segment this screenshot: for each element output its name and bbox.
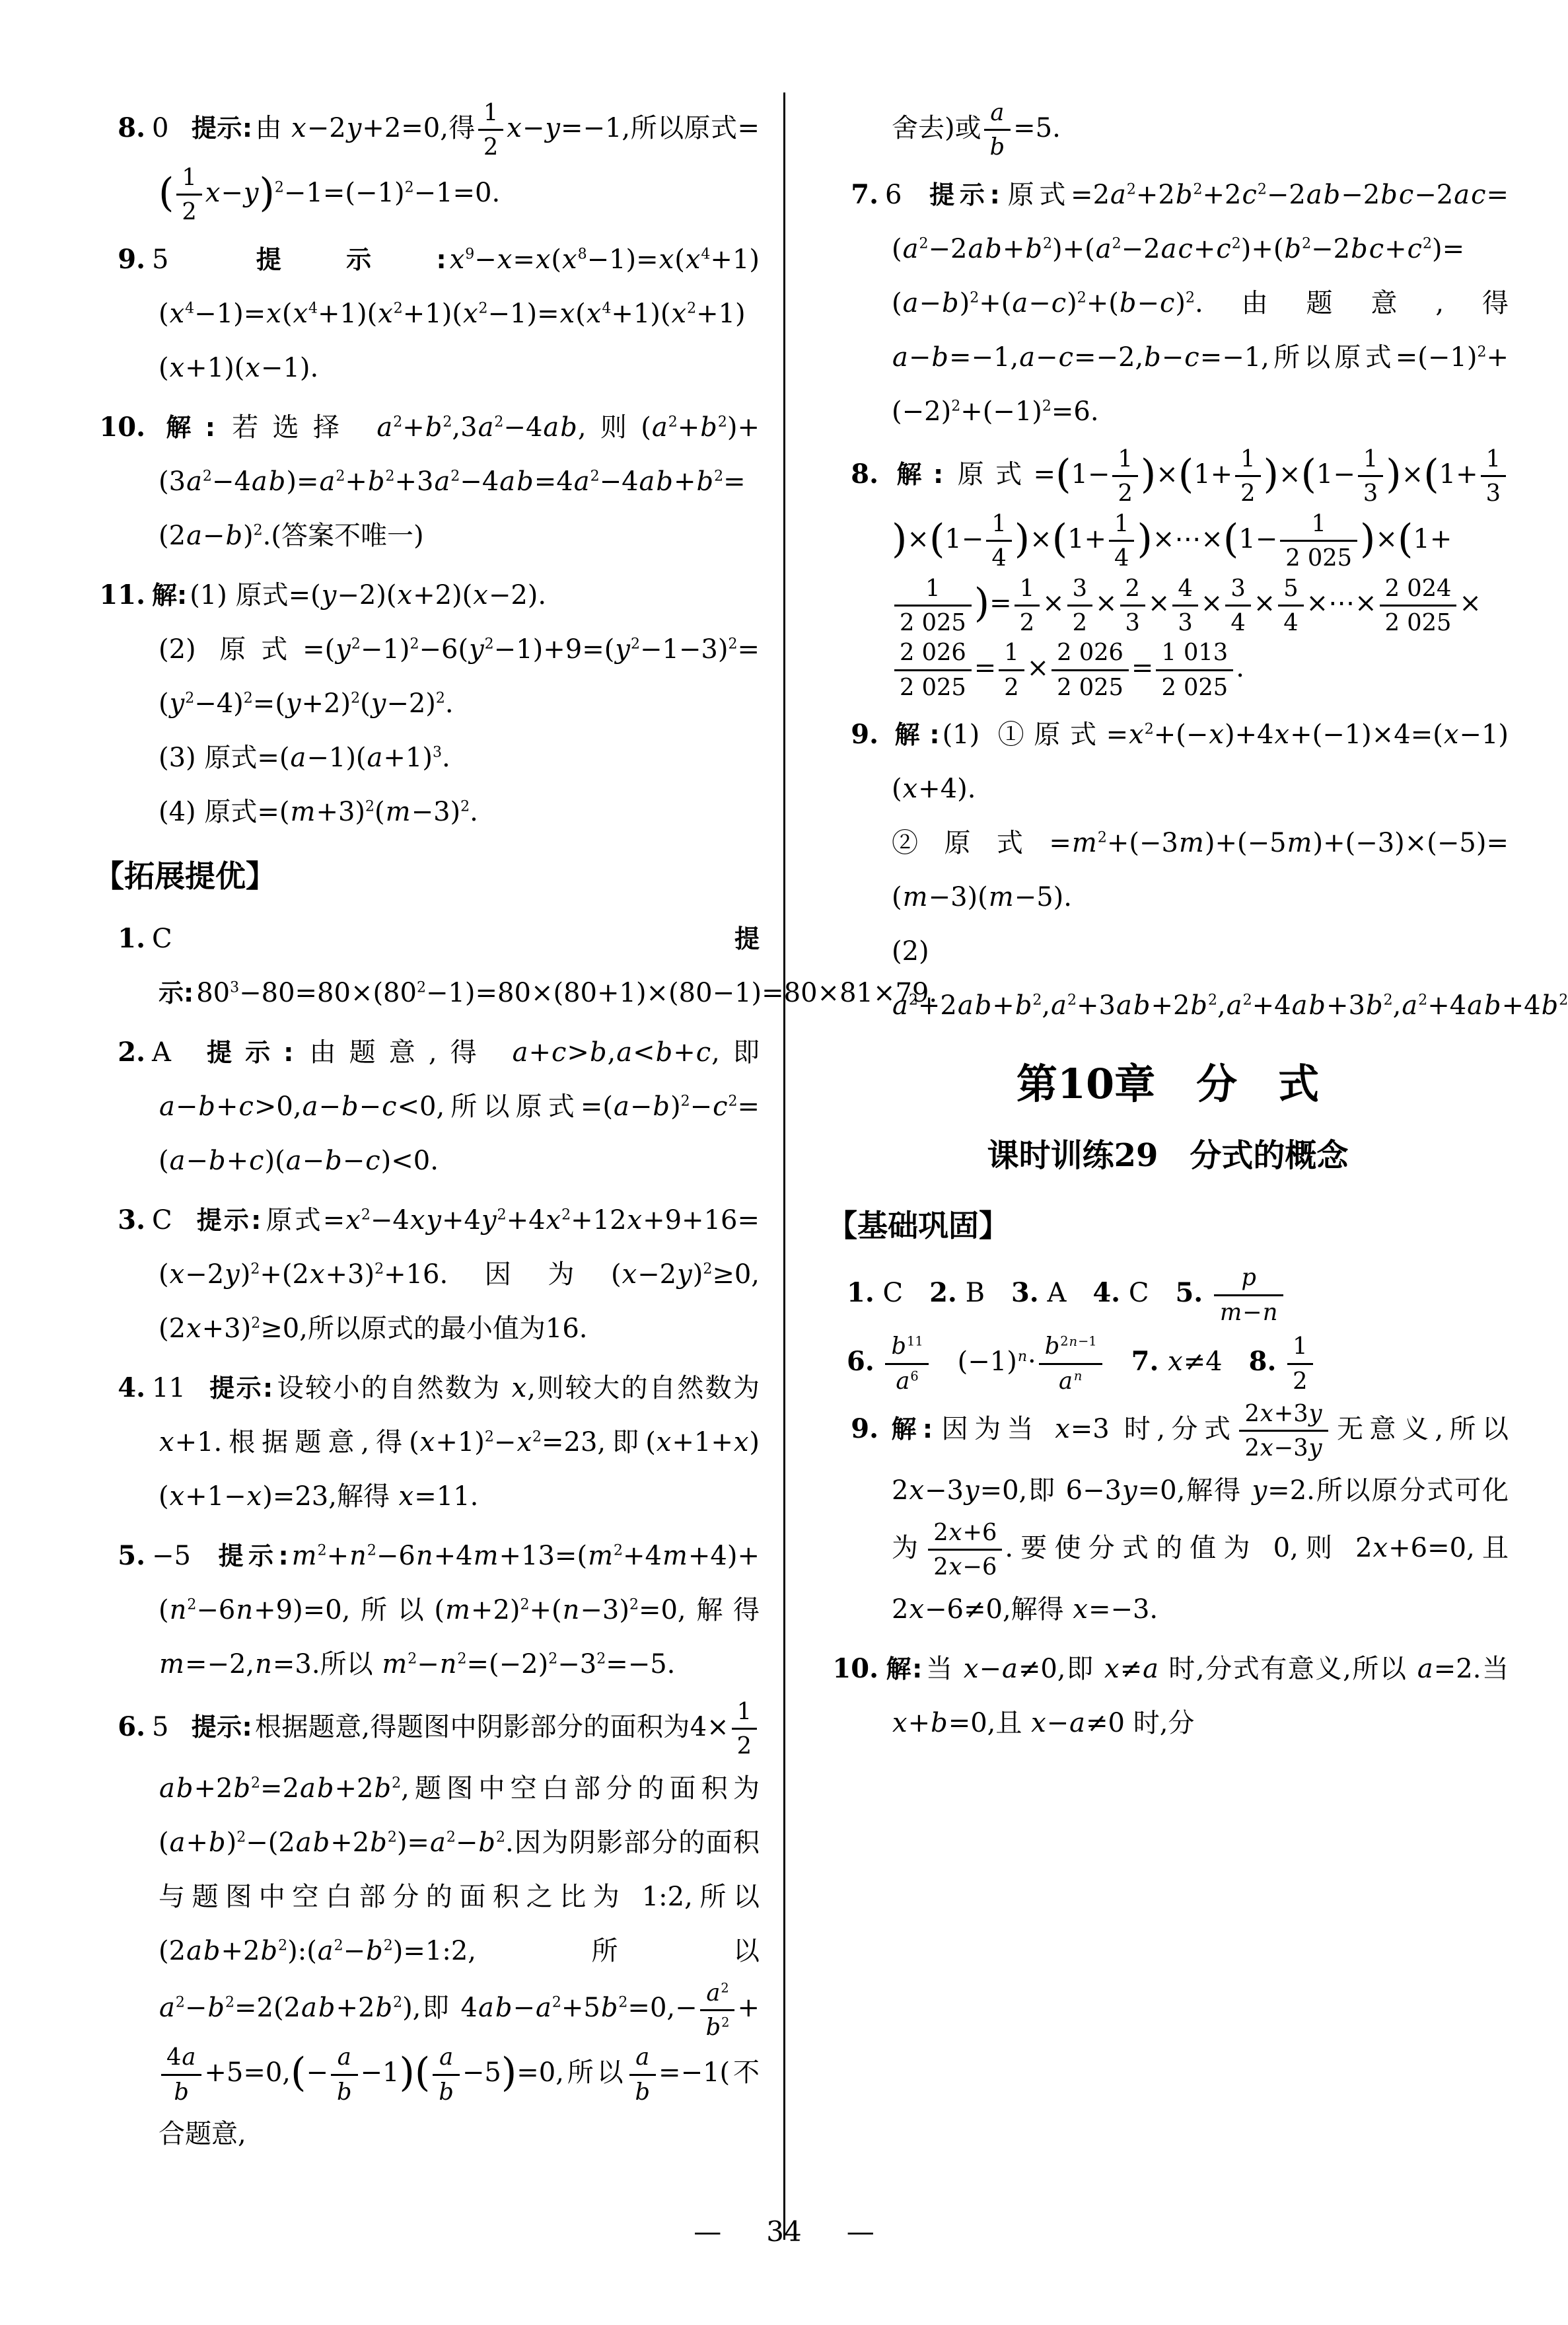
fraction: 12 <box>1232 444 1263 509</box>
answer-item: 2.A提示:由题意,得 a+c>b,a<b+c,即 a−b+c>0,a−b−c<… <box>94 1025 760 1188</box>
item-text: (1) 原式=(y−2)(x+2)(x−2). <box>190 580 546 610</box>
big-paren-open: ( <box>1055 451 1071 498</box>
item-answer: 11 <box>152 1373 186 1403</box>
item-label: 解: <box>885 720 940 749</box>
item-text: 舍去)或ab=5. <box>892 113 1061 143</box>
fraction: 14 <box>983 509 1014 573</box>
item-number: 1. <box>94 912 152 966</box>
item-answer: 0 <box>152 113 168 143</box>
item-number: 10. <box>827 1642 885 1696</box>
fraction: ab <box>981 98 1014 163</box>
big-paren-close: ) <box>1386 451 1401 498</box>
item-text: 803−80=80×(802−1)=80×(80+1)×(80−1)=80×81… <box>196 978 937 1008</box>
item-label: 解: <box>152 413 215 442</box>
fraction: 12 <box>996 638 1026 702</box>
item-label: 解: <box>885 1654 922 1683</box>
item-text: 因为当 x=3 时,分式2x+3y2x−3y无意义,所以 2x−3y=0,即 6… <box>892 1414 1509 1625</box>
fraction: pm−n <box>1211 1263 1287 1327</box>
footer-dash-right: — <box>847 2215 874 2248</box>
column-divider <box>783 92 785 2240</box>
item-text: 根据题意,得题图中阴影部分的面积为4×12ab+2b2=2ab+2b2,题图中空… <box>159 1712 760 2150</box>
item-sub-paragraph: (4) 原式=(m+3)2(m−3)2. <box>159 785 760 839</box>
answer-item: 3.C提示:原式=x2−4xy+4y2+4x2+12x+9+16=(x−2y)2… <box>94 1193 760 1356</box>
section-heading: 【拓展提优】 <box>94 844 760 908</box>
big-paren-close: ) <box>1141 451 1156 498</box>
item-number: 8. <box>827 447 885 501</box>
answer-row: 6. b11a6 (−1)n·b2n−1an 7. x≠4 8. 12 <box>827 1330 1509 1396</box>
continuation-paragraph: 舍去)或ab=5. <box>827 98 1509 163</box>
big-paren-open: ( <box>1178 451 1194 498</box>
big-paren-close: ) <box>260 170 275 216</box>
fraction: 2x+3y2x−3y <box>1236 1399 1330 1463</box>
answer-item: 4.11提示:设较小的自然数为 x,则较大的自然数为 x+1.根据题意,得(x+… <box>94 1361 760 1524</box>
big-paren-open: ( <box>415 2049 430 2096</box>
fraction: 13 <box>1355 444 1386 509</box>
answer-item: 6.5提示:根据题意,得题图中阴影部分的面积为4×12ab+2b2=2ab+2b… <box>94 1697 760 2162</box>
left-column: 8.0提示:由 x−2y+2=0,得12x−y=−1,所以原式=(12x−y)2… <box>94 98 760 2166</box>
item-label: 解: <box>885 460 943 489</box>
item-label: 提示: <box>195 1206 262 1235</box>
fraction: 14 <box>1106 509 1137 573</box>
item-answer: −5 <box>152 1541 191 1571</box>
fraction: 12 <box>1110 444 1140 509</box>
big-paren-close: ) <box>1360 516 1375 562</box>
item-answer: C <box>152 924 172 954</box>
footer-dash-left: — <box>694 2215 721 2248</box>
item-label: 解: <box>885 1415 933 1444</box>
item-number: 4. <box>94 1361 152 1415</box>
big-paren-close: ) <box>1264 451 1279 498</box>
fraction: 2 0262 025 <box>1049 638 1131 702</box>
big-paren-close: ) <box>501 2049 517 2096</box>
item-sub-paragraph: ②原式=m2+(−3m)+(−5m)+(−3)×(−5)=(m−3)(m−5). <box>892 816 1509 924</box>
fraction: 12 <box>1285 1331 1315 1396</box>
fraction: 2 0262 025 <box>892 638 974 702</box>
lesson-heading: 课时训练29 分式的概念 <box>827 1124 1509 1187</box>
answer-item: 5.−5提示:m2+n2−6n+4m+13=(m2+4m+4)+(n2−6n+9… <box>94 1529 760 1691</box>
item-label: 提示: <box>191 245 446 274</box>
item-answer: A <box>152 1037 171 1068</box>
right-column: 舍去)或ab=5.7.6提示:原式=2a2+2b2+2c2−2ab−2bc−2a… <box>827 98 1509 1755</box>
big-paren-close: ) <box>399 2049 414 2096</box>
fraction: ab <box>430 2042 462 2107</box>
item-sub-paragraph: (3) 原式=(a−1)(a+1)3. <box>159 731 760 785</box>
item-text: 原式=2a2+2b2+2c2−2ab−2bc−2ac=(a2−2ab+b2)+(… <box>892 180 1509 427</box>
item-answer: C <box>152 1205 172 1236</box>
item-label: 提示: <box>194 1038 294 1067</box>
item-label: 解: <box>152 581 187 610</box>
big-paren-open: ( <box>1052 516 1067 562</box>
item-number: 9. <box>827 1402 885 1456</box>
answer-item: 8.0提示:由 x−2y+2=0,得12x−y=−1,所以原式=(12x−y)2… <box>94 98 760 227</box>
fraction: a2b2 <box>697 1978 738 2043</box>
fraction: 12 <box>174 163 204 227</box>
fraction: 12 025 <box>892 573 974 638</box>
big-paren-close: ) <box>974 581 989 627</box>
item-number: 10. <box>94 400 152 455</box>
answer-item: 10.解:当 x−a≠0,即 x≠a 时,分式有意义,所以 a=2.当 x+b=… <box>827 1642 1509 1750</box>
big-paren-close: ) <box>892 516 907 562</box>
item-label: 提示: <box>924 180 999 209</box>
fraction: 12 <box>1012 573 1042 638</box>
item-label: 提示: <box>191 114 252 143</box>
page-footer: —34— <box>0 2212 1568 2252</box>
fraction: ab <box>328 2042 361 2107</box>
item-number: 9. <box>827 708 885 762</box>
fraction: 32 <box>1065 573 1095 638</box>
big-paren-open: ( <box>1423 451 1439 498</box>
item-label: 提示: <box>191 1713 252 1742</box>
fraction: 12 <box>476 98 506 163</box>
fraction: 2x+62x−6 <box>925 1518 1005 1582</box>
item-number: 11. <box>94 568 152 622</box>
item-number: 7. <box>827 168 885 222</box>
answer-row: 1. C 2. B 3. A 4. C 5. pm−n <box>827 1261 1509 1327</box>
fraction: 2 0242 025 <box>1377 573 1460 638</box>
big-paren-open: ( <box>159 170 174 216</box>
item-sub-paragraph: (2) 原式=(y2−1)2−6(y2−1)+9=(y2−1−3)2=(y2−4… <box>159 622 760 731</box>
big-paren-open: ( <box>929 516 944 562</box>
fraction: 12 025 <box>1277 509 1360 573</box>
item-text: (1) ①原式=x2+(−x)+4x+(−1)×4=(x−1)(x+4). <box>892 720 1509 804</box>
item-number: 2. <box>94 1025 152 1080</box>
big-paren-open: ( <box>291 2049 306 2096</box>
fraction: 23 <box>1118 573 1148 638</box>
item-number: 6. <box>94 1700 152 1754</box>
page-number: 34 <box>766 2215 801 2248</box>
fraction: 12 <box>729 1697 760 1761</box>
item-text: 原式=(1−12)×(1+12)×(1−13)×(1+13)×(1−14)×(1… <box>892 459 1509 684</box>
item-number: 8. <box>94 101 152 155</box>
fraction: 1 0132 025 <box>1153 638 1236 702</box>
fraction: 13 <box>1478 444 1509 509</box>
item-number: 9. <box>94 233 152 287</box>
answer-item: 8.解:原式=(1−12)×(1+12)×(1−13)×(1+13)×(1−14… <box>827 444 1509 702</box>
item-text: 当 x−a≠0,即 x≠a 时,分式有意义,所以 a=2.当 x+b=0,且 x… <box>892 1654 1509 1738</box>
big-paren-close: ) <box>1137 516 1152 562</box>
fraction: b11a6 <box>882 1331 931 1396</box>
page: 8.0提示:由 x−2y+2=0,得12x−y=−1,所以原式=(12x−y)2… <box>0 0 1568 2325</box>
answer-item: 10.解:若选择 a2+b2,3a2−4ab,则(a2+b2)+(3a2−4ab… <box>94 400 760 563</box>
answer-item: 11.解:(1) 原式=(y−2)(x+2)(x−2).(2) 原式=(y2−1… <box>94 568 760 839</box>
item-answer: 5 <box>152 244 168 275</box>
big-paren-open: ( <box>1301 451 1316 498</box>
section-heading: 【基础巩固】 <box>827 1194 1509 1257</box>
answer-item: 1.C提示:803−80=80×(802−1)=80×(80+1)×(80−1)… <box>94 912 760 1020</box>
fraction: 4ab <box>159 2042 204 2107</box>
item-sub-paragraph: (2) a2+2ab+b2,a2+3ab+2b2,a2+4ab+3b2,a2+4… <box>892 924 1509 1033</box>
chapter-heading: 第10章 分 式 <box>827 1045 1509 1124</box>
answer-item: 9.解:(1) ①原式=x2+(−x)+4x+(−1)×4=(x−1)(x+4)… <box>827 708 1509 1033</box>
item-number: 3. <box>94 1193 152 1247</box>
answer-item: 9.5提示:x9−x=x(x8−1)=x(x4+1)(x4−1)=x(x4+1)… <box>94 233 760 395</box>
answer-item: 7.6提示:原式=2a2+2b2+2c2−2ab−2bc−2ac=(a2−2ab… <box>827 168 1509 439</box>
item-label: 提示: <box>213 1541 289 1570</box>
fraction: ab <box>627 2042 659 2107</box>
item-number: 5. <box>94 1529 152 1583</box>
item-answer: 6 <box>885 180 902 210</box>
fraction: 54 <box>1275 573 1306 638</box>
fraction: 34 <box>1223 573 1253 638</box>
item-answer: 5 <box>152 1712 168 1742</box>
big-paren-open: ( <box>1398 516 1413 562</box>
fraction: 43 <box>1170 573 1200 638</box>
item-label: 提示: <box>208 1374 273 1403</box>
big-paren-open: ( <box>1223 516 1238 562</box>
big-paren-close: ) <box>1015 516 1030 562</box>
item-text: 若选择 a2+b2,3a2−4ab,则(a2+b2)+(3a2−4ab)=a2+… <box>159 412 760 551</box>
fraction: b2n−1an <box>1036 1331 1105 1396</box>
answer-item: 9.解:因为当 x=3 时,分式2x+3y2x−3y无意义,所以 2x−3y=0… <box>827 1399 1509 1637</box>
